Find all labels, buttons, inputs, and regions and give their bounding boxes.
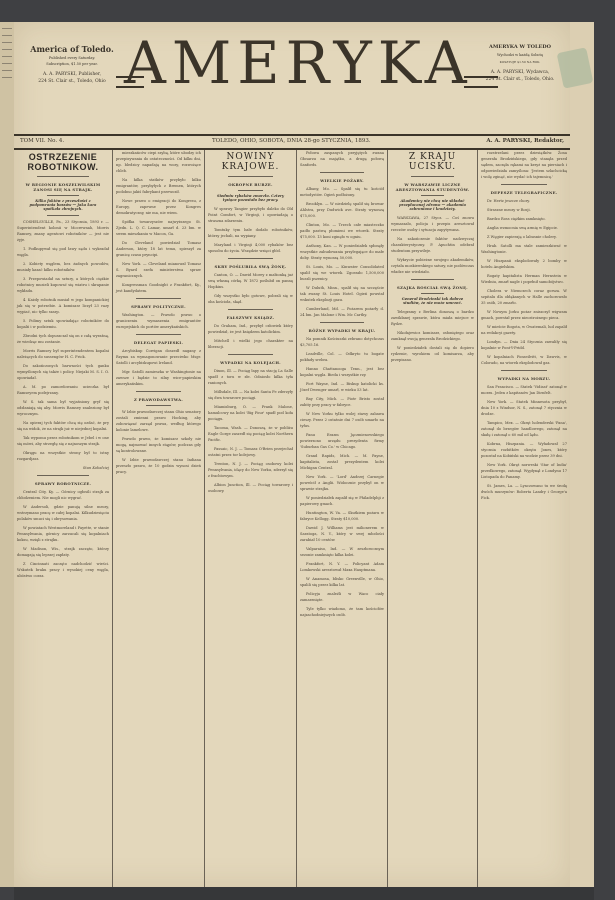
paragraph: Bay City, Mich. — Piotr Bristo został za… (300, 396, 384, 408)
paragraph: Tyle tylko wiadomo, że tam kościołów naj… (300, 606, 384, 618)
paragraph: Na opieraj tych faktów chcą się ozdać, ż… (17, 420, 109, 432)
paragraph: Trenton, N. J. — Pociąg osobowy kolei Pe… (208, 461, 293, 479)
editor-name: A. A. PARYSKI, Redaktor, (486, 138, 564, 144)
column-5: Z KRAJU UCISKU. W WARSZAWIE LICZNE ARESZ… (388, 150, 478, 887)
divider (146, 405, 171, 406)
article-body: Telegramy z Berlina donoszą o bardzo zaw… (391, 309, 474, 363)
section-heading: SZAJKA ROSCIAŁ SWĄ ŻONĘ. (395, 285, 470, 290)
paragraph: W Hiszpanii eksplodowały 2 bomby w hotel… (481, 258, 567, 270)
publisher-name: A. A. PARYSKI, Publisher, (22, 72, 122, 77)
article-subheading: W WARSZAWIE LICZNE ARESZTOWANIA STUDENTÓ… (395, 182, 470, 192)
article-body: W Izbie prawodawczej stanu Ohio senatory… (116, 409, 201, 475)
article-body: San Francisco. — Statek 'Vidisat' zatoną… (481, 384, 567, 501)
article-summary: Generał Brodzinski tak dobrze studiów, ż… (397, 297, 468, 305)
publication-note: Published every Saturday. (22, 56, 122, 60)
polish-title: AMERYKA W TOLEDO (470, 44, 570, 50)
article-body: rozstrzelani przez dziesiątków. Żona gen… (481, 150, 567, 180)
divider (228, 176, 273, 177)
paragraph: Arcybiskup Corrigan doszedł nagany z Rzy… (116, 348, 201, 366)
article-heading: Z KRAJU UCISKU. (391, 152, 474, 172)
column-3: NOWINY KRAJOWE. OKROPNE BURZE. Siedmiu r… (205, 150, 297, 887)
masthead-left-box: America of Toledo. Published every Satur… (22, 44, 122, 84)
paragraph: Na kilka statków przybyło kilku emigrant… (116, 177, 201, 195)
newspaper-page: America of Toledo. Published every Satur… (14, 22, 570, 887)
paragraph: Gdy wszystko było gotowe, pobrali się w … (208, 293, 293, 305)
paragraph: Na zakończenie faktów nadzwyczaj charakt… (391, 236, 474, 254)
paragraph: 1. Podkupywał się pod ławy sądu i wykrad… (17, 246, 109, 258)
paragraph: Nowe prawo o emigracji do Kongresu, z Eu… (116, 198, 201, 216)
section-heading: RÓŻNE WYPADKI W KRAJU. (304, 328, 380, 333)
paragraph: Mitchell i wielki jego charakter na libe… (208, 338, 293, 350)
paragraph: 5. Polimy sztuk spowiadając robotników d… (17, 318, 109, 330)
paragraph: Mgr. Satolli zamieszka w Washingtonie na… (116, 369, 201, 387)
paragraph: Central City, Ky. — Górnicy ogłosili str… (17, 489, 109, 501)
paragraph: Tampico, Mex. — Okręt holenderski 'Pana'… (481, 420, 567, 438)
paragraph: Tomtuky tym bałe dodało robotników, któr… (208, 227, 293, 239)
article-body: WARSZAWA, 27 Stycz. — Coś znowu wymaszał… (391, 215, 474, 275)
article-signature: Stan Kołodziej (17, 465, 109, 471)
paragraph: W powiatach Westmoreland i Fayette, w st… (17, 525, 109, 543)
paragraph: Straszne mrozy w Rosji. (481, 207, 567, 213)
paragraph: Na pomnik Kościuszki zebrano dotychczas … (300, 336, 384, 348)
paragraph: Kongressman Goodnight z Frankfort, Ky., … (116, 282, 201, 294)
divider (411, 279, 454, 280)
paragraph: W sprawy Tangier przybyło daleko do Old … (208, 206, 293, 224)
paragraph: Panu Erazm Jęczmienowskiego powierzono u… (300, 432, 384, 450)
paragraph: Z Węgier zapierają o labusnie cholery. (481, 234, 567, 240)
paragraph: Millsdale, Ill. — Na kolei Santa Fe zder… (208, 389, 293, 401)
paragraph: Nikołajewicz komisarz, osłoniętego oraz … (391, 330, 474, 342)
paragraph: Canton, O. — Dawid Morey z małżonką już … (208, 272, 293, 290)
article-body: Canton, O. — Dawid Morey z małżonką już … (208, 272, 293, 305)
polish-publisher-name: A. A. PARYSKI, Wydawca, (470, 70, 570, 75)
polish-subscription-price: KOSZTUJE $1.50 NA ROK. (470, 60, 570, 64)
paragraph: W Izbie prawodawczej stanu Ohio senatory… (116, 409, 201, 433)
paragraph: Bardzo Ross ciężkim zamknięto. (481, 216, 567, 222)
paragraph: New York. — Statek Minnesota przybył, dn… (481, 399, 567, 417)
article-body: W sprawy Tangier przybyło daleko do Old … (208, 206, 293, 254)
divider (47, 195, 79, 196)
article-summary: Siedmiu rybaków zmarzło. Cztery tysiące … (214, 194, 287, 202)
article-subheading: W REGIONIE KOSZELWILSKIM ZANOSI SIĘ NA S… (21, 182, 105, 192)
page-margin-right (570, 22, 594, 887)
section-heading: Z PRAWODAWSTWA. (120, 397, 197, 402)
divider (228, 354, 273, 355)
paragraph: Z Cincinnati zaczęto nadchodzić wieści. … (17, 561, 109, 579)
paragraph: Okręgu na wszystkie strony był to istny … (17, 450, 109, 462)
paragraph: Morris Ramsey był superintendentem kopal… (17, 348, 109, 360)
article-body: Do Graham, Ind., przybył człowiek który … (208, 323, 293, 350)
paragraph: Do Graham, Ind., przybył człowiek który … (208, 323, 293, 335)
adjacent-page-edge (0, 22, 15, 887)
divider (421, 293, 444, 294)
paragraph: Dixon, Ill. — Pociąg łapy na stację La S… (208, 368, 293, 386)
paragraph: Anthony, Kan. — W poniedziałek spłonęły … (300, 243, 384, 261)
paragraph: Frankfort, N. Y. — Policyant Adam Lomkow… (300, 561, 384, 573)
paragraph: Huntington, W. Va. — Skutkiem pożaru w f… (300, 510, 384, 522)
section-heading: FAŁSZYWY KSIĄDZ. (212, 315, 289, 320)
paragraph: Kobrna, Hiszpania. — Wyładował 27 styczn… (481, 441, 567, 459)
paragraph: Zbrodni tych dopuszczał się on z całą wy… (17, 333, 109, 345)
paragraph: W poniedziałek dostali się do dopiero ry… (391, 345, 474, 363)
section-heading: SPRAWY ROBOTNICZE. (21, 481, 105, 486)
paragraph: Miamisburg, O. — Frank Malone, hamulcowy… (208, 404, 293, 422)
paragraph: New York. — 'Lord' Andrzej Carnegie powr… (300, 474, 384, 492)
article-columns: OSTRZEZENIE ROBOTNIKOW. W REGIONIE KOSZE… (14, 150, 570, 887)
paragraph: W Anamosa, blisko Greenville, w Ohio, sp… (300, 576, 384, 588)
paragraph: Passaic, N. J. — Tomasz O'Brien przejech… (208, 446, 293, 458)
divider (411, 176, 454, 177)
paragraph: Do Cleveland powiedział Tomasz Anderson,… (116, 240, 201, 258)
section-heading: SPRAWY POLITYCZNE. (120, 304, 197, 309)
divider (501, 184, 547, 185)
column-4: Połowa zaspanych przyjętych zwana Głosar… (297, 150, 388, 887)
paragraph: W Izbie prawodawczej stanu Indiana przes… (116, 457, 201, 475)
divider (228, 258, 273, 259)
divider (47, 215, 79, 216)
masthead-right-box: AMERYKA W TOLEDO Wychodzi w każdą Sobotę… (470, 44, 570, 82)
divider (320, 322, 364, 323)
article-body: Dr. Hertz jeszcze chory.Straszne mrozy w… (481, 198, 567, 366)
divider (136, 298, 181, 299)
paragraph: 3. Przepowiadał na sztury, a których cię… (17, 276, 109, 294)
column-6: rozstrzelani przez dziesiątków. Żona gen… (478, 150, 570, 887)
article-body: Albany, Mo. — Spalił się tu kościół meto… (300, 186, 384, 318)
paragraph: Cumberland, Md. — Pożarem pożarły d. 24 … (300, 306, 384, 318)
subscription-price: Subscription, $1.50 per year. (22, 62, 122, 66)
paragraph: New York. — Cleveland mianował Tomasz S.… (116, 261, 201, 279)
article-body: Na pomnik Kościuszki zebrano dotychczas … (300, 336, 384, 588)
paragraph: W kopalniach Fonseilvitt, w Dawvis, w Co… (481, 354, 567, 366)
paragraph: Anglia wzmocnia swą armię w Egipcie. (481, 225, 567, 231)
polish-publication-note: Wychodzi w każdą Sobotę (470, 53, 570, 57)
section-heading: WYPADKI NA MORZU. (485, 376, 563, 381)
paragraph: Dr. Hertz jeszcze chory. (481, 198, 567, 204)
article-summary: Akademicy nie chcą nie składać przepłaco… (397, 199, 468, 211)
issue-date: TOLEDO, OHIO, SOBOTA, DNIA 28-go STYCZNI… (212, 138, 371, 144)
paragraph: Maryland i Virginji 4,000 rybaków bez sp… (208, 242, 293, 254)
paragraph: 2. Kobiety węglem, bez żadnych powodów, … (17, 261, 109, 273)
section-heading: DEPESZE TELEGRAFICZNE. (485, 190, 563, 195)
paragraph: W Duluth, Minn., spalił się na szczęście… (300, 285, 384, 303)
article-heading: OSTRZEZENIE ROBOTNIKOW. (17, 152, 109, 172)
paragraph: W. S. tak sama był wyjaśniony gryf się o… (17, 399, 109, 417)
dateline-bar: TOM VII. No. 4. TOLEDO, OHIO, SOBOTA, DN… (14, 134, 570, 150)
paragraph: W mieście Bogota, w Gwatemali, lud zapal… (481, 324, 567, 336)
paragraph: Telegramy z Berlina donoszą o bardzo zaw… (391, 309, 474, 327)
article-heading: NOWINY KRAJOWE. (208, 152, 293, 172)
paragraph: Leadville, Col. — Odkryto tu bogate pokł… (300, 351, 384, 363)
polish-publisher-address: 224 St. Clair st., Toledo, Ohio. (470, 77, 570, 82)
divider (136, 334, 181, 335)
paragraph: Brooklyn. — W niedzielę spalił się browa… (300, 201, 384, 219)
paragraph: mieszkańców ciepi szybą, które ubodzy ic… (116, 150, 201, 174)
paragraph: Valparaiso, Ind. — W zeszłorocznym sezon… (300, 546, 384, 558)
paragraph: Wykrycie pobieżne swojego akademików, cz… (391, 257, 474, 275)
paragraph: Rogaty kapitalista Herman Hernstein w Wi… (481, 273, 567, 285)
section-heading: SKRY POŚLUBIŁA SWĄ ŻONĘ. (212, 264, 289, 269)
divider (501, 370, 547, 371)
newspaper-title: AMERYKA (124, 34, 470, 92)
article-body: Dixon, Ill. — Pociąg łapy na stację La S… (208, 368, 293, 494)
divider (136, 391, 181, 392)
paragraph: Do zakończonych barwności tych ganku wym… (17, 363, 109, 381)
paragraph: New York. Okręt norweski 'Star of India'… (481, 462, 567, 480)
paragraph: Tacoma, Wash. — Donoszą, że w pobliżu Ea… (208, 425, 293, 443)
paragraph: St. Louis, Mo. — Kinwater Consolidated s… (300, 264, 384, 282)
paragraph: WARSZAWA, 27 Stycz. — Coś znowu wymaszał… (391, 215, 474, 233)
paragraph: A. M. po zamordowaniu ucieczka był Ramse… (17, 384, 109, 396)
paragraph: Albion Junction, Ill. — Pociąg towarowy … (208, 482, 293, 494)
section-heading: DELEGAT PAPIESKI. (120, 340, 197, 345)
masthead: America of Toledo. Published every Satur… (14, 22, 570, 110)
divider (37, 176, 89, 177)
article-body: Połowa zaspanych przyjętych zwana Głosar… (300, 150, 384, 168)
paragraph: W Madison, Wis., strajk zaczęto, którzy … (17, 546, 109, 558)
paragraph: W poniedziałek zapalił się w Philadelphj… (300, 495, 384, 507)
paragraph: Albany, Mo. — Spalił się tu kościół meto… (300, 186, 384, 198)
paragraph: Dawid J. Williams jest milionerem w Sara… (300, 525, 384, 543)
column-1: OSTRZEZENIE ROBOTNIKOW. W REGIONIE KOSZE… (14, 150, 113, 887)
divider (320, 172, 364, 173)
paragraph: Policyja znaleźli w Waco ciały zamarznię… (300, 591, 384, 603)
paragraph: W Nowym Jorku pożar zniszczył wigwam gma… (481, 309, 567, 321)
paragraph: Spółka towarzyszów najwyższego St. Zjedn… (116, 219, 201, 237)
paragraph: Washington. — Prawdo prawo o graniczeniu… (116, 312, 201, 330)
paragraph: Prawdo prawo, że komisarz szkoły nie mog… (116, 436, 201, 454)
paragraph: Grand Rapids, Mich. — M. Payne, kapitali… (300, 453, 384, 471)
article-summary: Kilka faktów z przeszłości z podpowrania… (23, 199, 103, 211)
divider (238, 190, 263, 191)
paragraph: Tak wypomu przez robotnikom w Jebel i w … (17, 435, 109, 447)
article-body: mieszkańców ciepi szybą, które ubodzy ic… (116, 150, 201, 294)
paragraph: W New Yorku tylko wolej stawy zabawa cie… (300, 411, 384, 429)
paragraph: Hrab. Satolli ma stale zamieszkiwać w Wa… (481, 243, 567, 255)
section-heading: OKROPNE BURZE. (212, 182, 289, 187)
section-heading: WIELKIE POŻARY. (304, 178, 380, 183)
divider (421, 195, 444, 196)
article-body: Policyja znaleźli w Waco ciały zamarznię… (300, 591, 384, 618)
english-title: America of Toledo. (22, 44, 122, 54)
paragraph: Fort Wayne, Ind. — Biskup katolicki ks. … (300, 381, 384, 393)
article-body: Washington. — Prawdo prawo o graniczeniu… (116, 312, 201, 330)
paragraph: W Andersoli, gdzie panują silne mrozy, w… (17, 504, 109, 522)
divider (228, 309, 273, 310)
article-body: COSHELSVILLE, Pa., 23 Stycznia, 1893 r. … (17, 219, 109, 462)
article-body: Central City, Ky. — Górnicy ogłosili str… (17, 489, 109, 579)
divider (37, 475, 89, 476)
volume-number: TOM VII. No. 4. (20, 138, 64, 144)
section-heading: WYPADKI NA KOLEJACH. (212, 360, 289, 365)
article-body: Arcybiskup Corrigan doszedł nagany z Rzy… (116, 348, 201, 387)
paragraph: Londyn. — Dnia 24 Stycznia zawaliły się … (481, 339, 567, 351)
publisher-address: 224 St. Clair st., Toledo, Ohio (22, 79, 122, 84)
paragraph: St. James, La. — Lynczowano tu we środę … (481, 483, 567, 501)
paragraph: San Francisco. — Statek 'Vidisat' zatoną… (481, 384, 567, 396)
scan-background (14, 887, 594, 900)
paragraph: COSHELSVILLE, Pa., 23 Stycznia, 1893 r. … (17, 219, 109, 243)
paragraph: 4. Każdy robotnik musiał w jego kompanic… (17, 297, 109, 315)
paragraph: rozstrzelani przez dziesiątków. Żona gen… (481, 150, 567, 180)
column-2: mieszkańców ciepi szybą, które ubodzy ic… (113, 150, 205, 887)
paragraph: Clinton, Mo. — Trzech całe miasteczko pa… (300, 222, 384, 240)
paragraph: Połowa zaspanych przyjętych zwana Głosar… (300, 150, 384, 168)
paragraph: Hanno Chattanooga Tenn., jest bez kopaln… (300, 366, 384, 378)
paragraph: Cholera w Niemczech coraz gorsza. W szpi… (481, 288, 567, 306)
